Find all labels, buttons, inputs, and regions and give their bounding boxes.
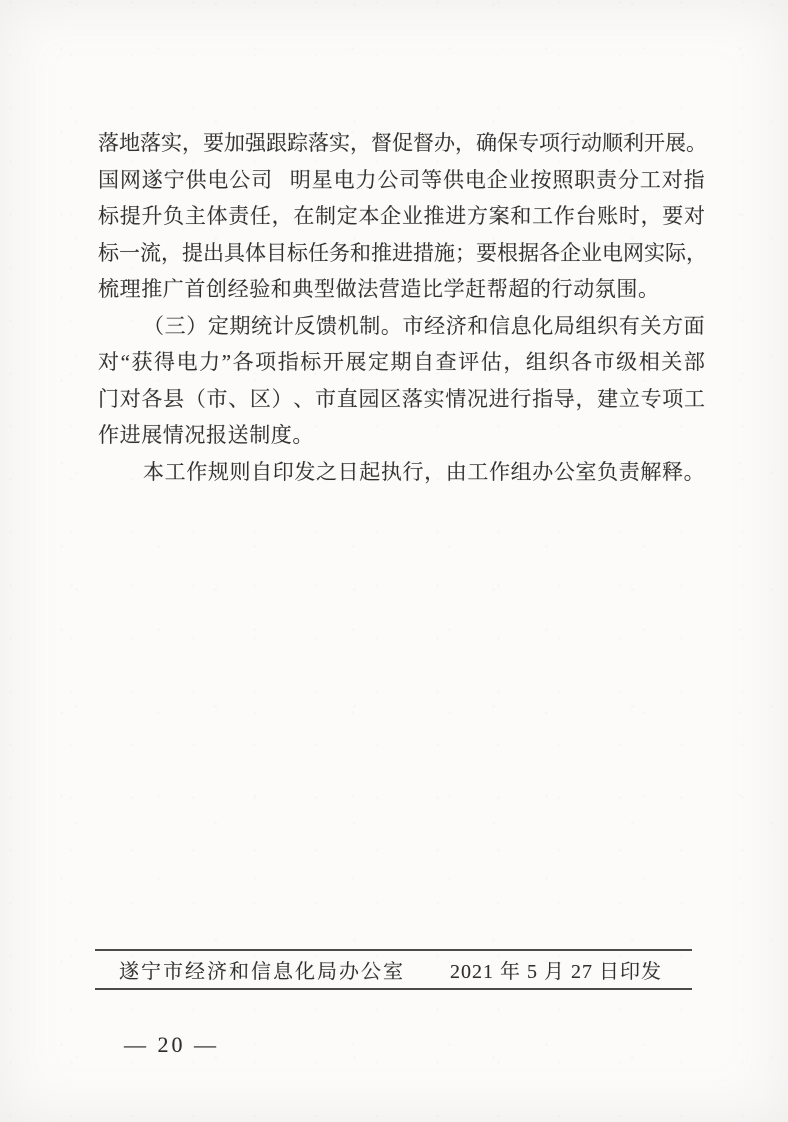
paragraph: （三）定期统计反馈机制。市经济和信息化局组织有关方面对“获得电力”各项指标开展定… — [98, 308, 705, 454]
page-number: — 20 — — [124, 1032, 219, 1058]
document-page: 落地落实，要加强跟踪落实，督促督办，确保专项行动顺利开展。国网遂宁供电公司 明星… — [0, 0, 788, 1122]
text-line: 作进展情况报送制度。 — [98, 417, 705, 454]
text-line: 落地落实，要加强跟踪落实，督促督办，确保专项行动顺利开展。 — [98, 125, 705, 162]
paragraph: 本工作规则自印发之日起执行，由工作组办公室负责解释。 — [98, 454, 705, 491]
footer: 遂宁市经济和信息化局办公室 2021 年 5 月 27 日印发 — [95, 949, 692, 990]
text-line: 梳理推广首创经验和典型做法营造比学赶帮超的行动氛围。 — [98, 271, 705, 308]
text-line: 标提升负主体责任，在制定本企业推进方案和工作台账时，要对 — [98, 198, 705, 235]
text-line: 门对各县（市、区）、市直园区落实情况进行指导，建立专项工 — [98, 381, 705, 418]
print-date-label: 2021 年 5 月 27 日印发 — [450, 955, 662, 984]
text-line: （三）定期统计反馈机制。市经济和信息化局组织有关方面 — [98, 308, 705, 345]
text-line: 对“获得电力”各项指标开展定期自查评估，组织各市级相关部 — [98, 344, 705, 381]
paragraph: 落地落实，要加强跟踪落实，督促督办，确保专项行动顺利开展。国网遂宁供电公司 明星… — [98, 125, 705, 308]
text-line: 标一流，提出具体目标任务和推进措施；要根据各企业电网实际， — [98, 235, 705, 272]
document-body: 落地落实，要加强跟踪落实，督促督办，确保专项行动顺利开展。国网遂宁供电公司 明星… — [98, 125, 705, 490]
text-line: 国网遂宁供电公司 明星电力公司等供电企业按照职责分工对指 — [98, 162, 705, 199]
text-line: 本工作规则自印发之日起执行，由工作组办公室负责解释。 — [98, 454, 705, 491]
issuer-label: 遂宁市经济和信息化局办公室 — [119, 955, 405, 984]
